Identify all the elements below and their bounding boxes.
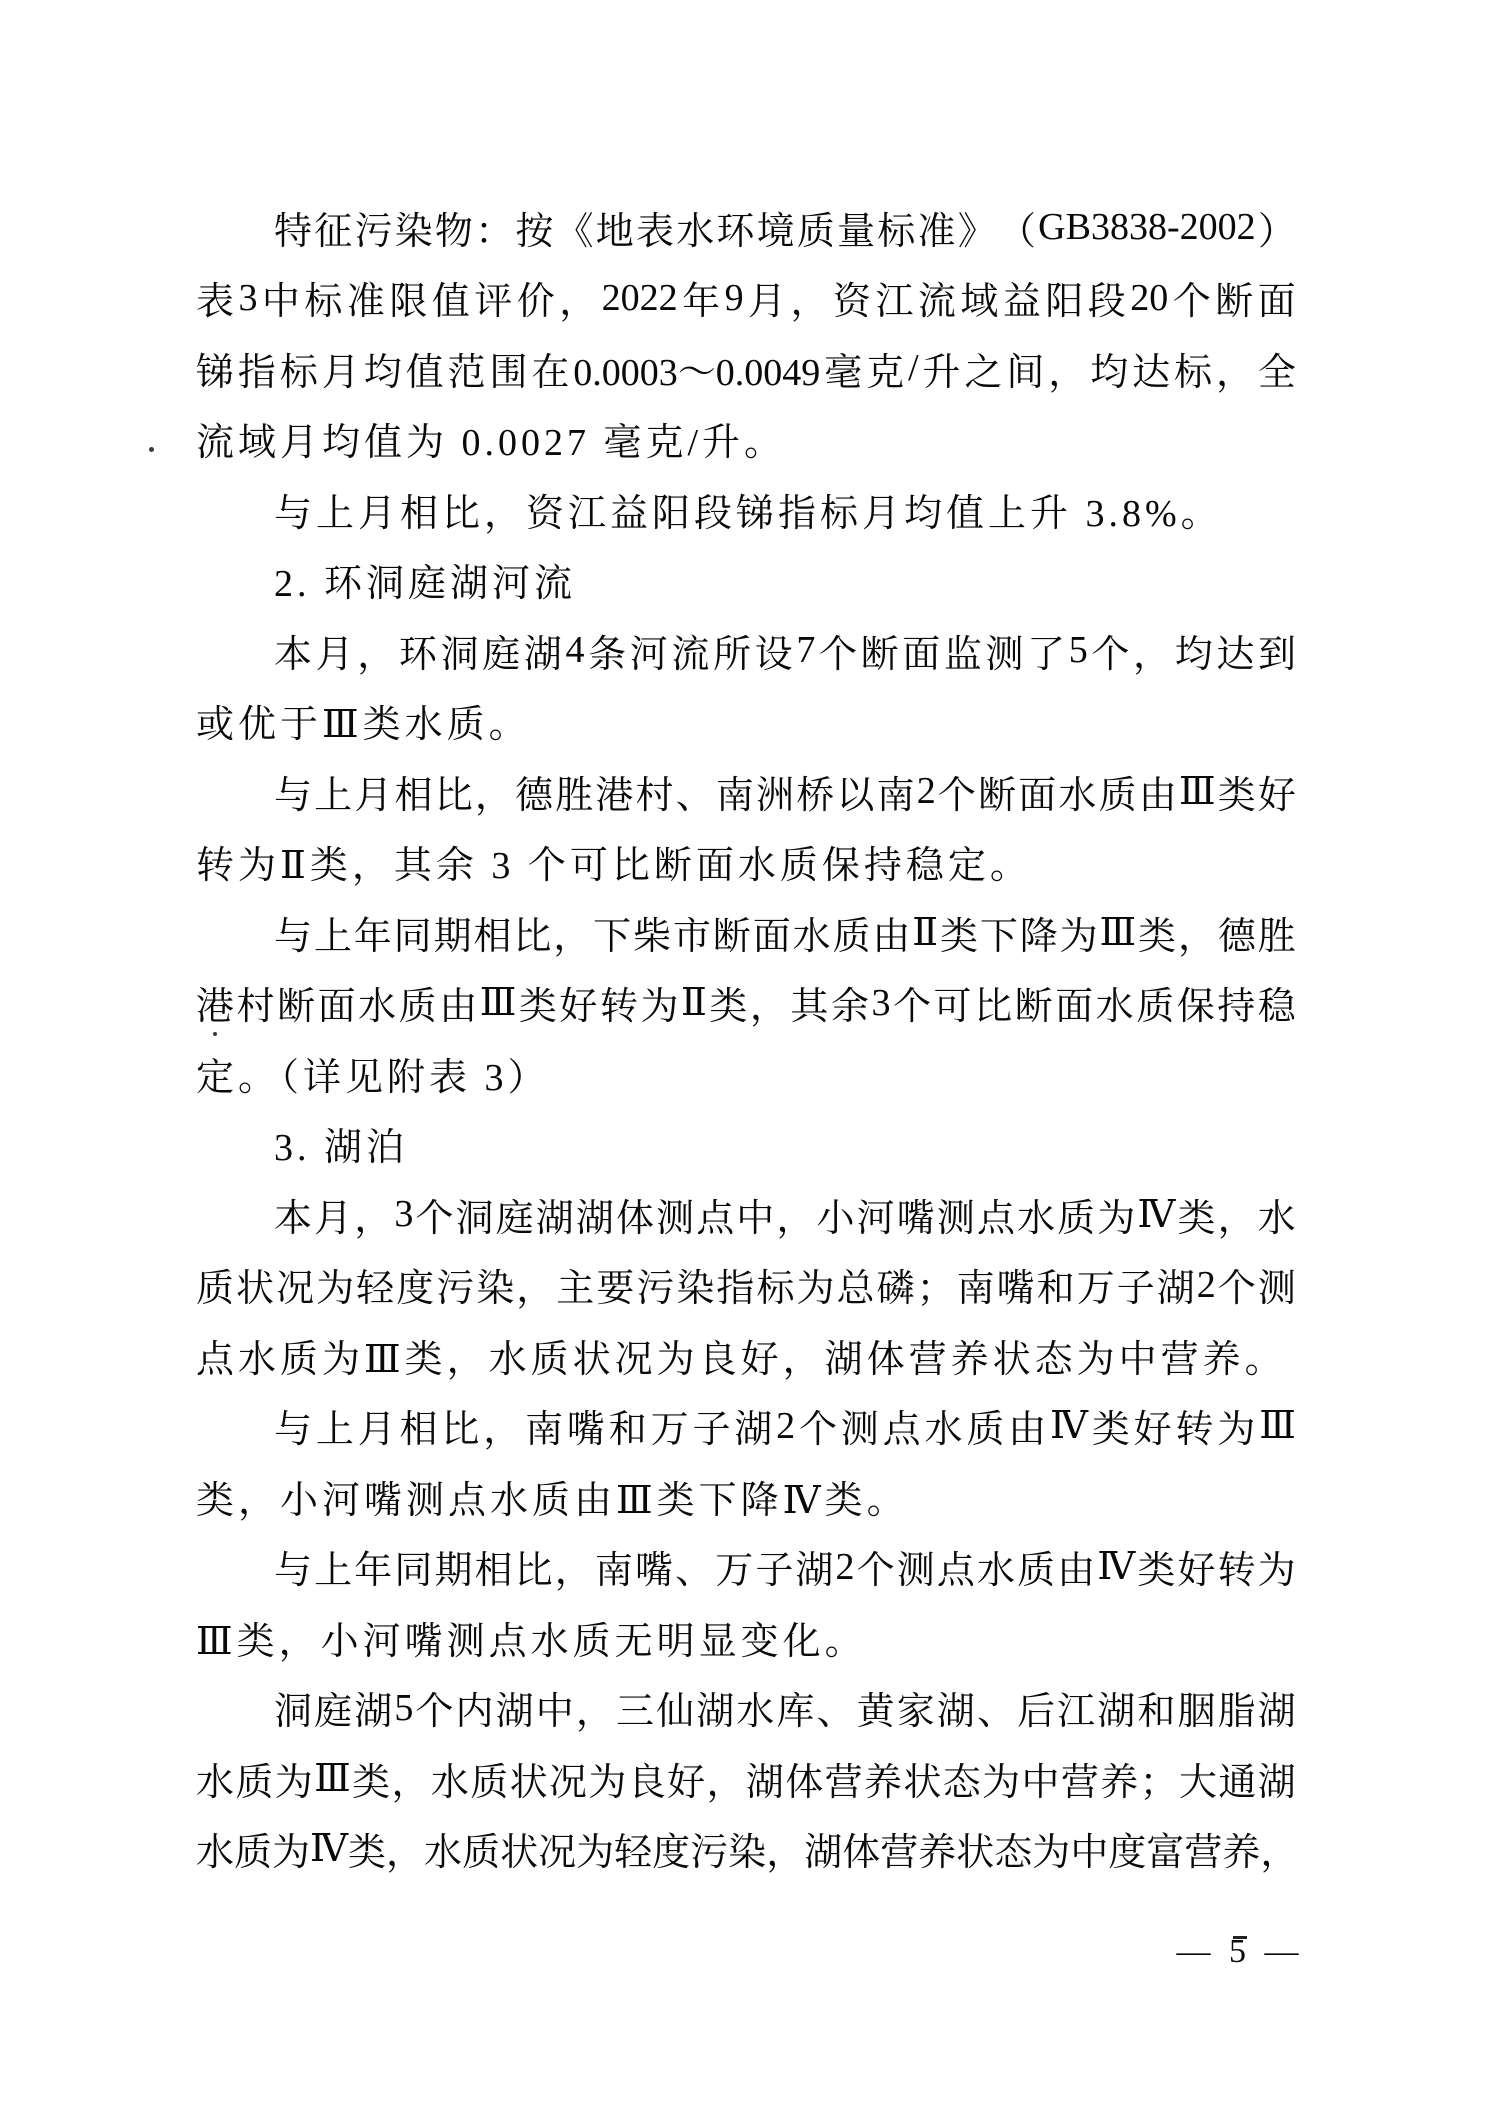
- document-line: 表3中标准限值评价，2022年9月，资江流域益阳段20个断面: [196, 263, 1296, 334]
- document-line: 锑指标月均值范围在0.0003～0.0049毫克/升之间，均达标，全: [196, 333, 1296, 404]
- document-line: 3. 湖泊: [196, 1109, 1296, 1180]
- document-line: Ⅲ类，小河嘴测点水质无明显变化。: [196, 1602, 1296, 1673]
- document-line: 2. 环洞庭湖河流: [196, 545, 1296, 616]
- document-line: 本月，环洞庭湖4条河流所设7个断面监测了5个，均达到: [196, 615, 1296, 686]
- document-line: 或优于Ⅲ类水质。: [196, 686, 1296, 757]
- document-page: 特征污染物：按《地表水环境质量标准》（GB3838-2002）表3中标准限值评价…: [0, 0, 1487, 2105]
- document-line: 水质为Ⅳ类，水质状况为轻度污染，湖体营养状态为中度富营养，: [196, 1814, 1296, 1885]
- document-line: 类，小河嘴测点水质由Ⅲ类下降Ⅳ类。: [196, 1461, 1296, 1532]
- scan-artifact-line: [1233, 1936, 1247, 1939]
- document-line: 港村断面水质由Ⅲ类好转为Ⅱ类，其余3个可比断面水质保持稳: [196, 968, 1296, 1039]
- document-line: 洞庭湖5个内湖中，三仙湖水库、黄家湖、后江湖和胭脂湖: [196, 1673, 1296, 1744]
- document-line: 定。（详见附表 3）: [196, 1038, 1296, 1109]
- document-body: 特征污染物：按《地表水环境质量标准》（GB3838-2002）表3中标准限值评价…: [196, 192, 1296, 1884]
- document-line: 水质为Ⅲ类，水质状况为良好，湖体营养状态为中营养；大通湖: [196, 1743, 1296, 1814]
- document-line: 特征污染物：按《地表水环境质量标准》（GB3838-2002）: [196, 192, 1296, 263]
- document-line: 质状况为轻度污染，主要污染指标为总磷；南嘴和万子湖2个测: [196, 1250, 1296, 1321]
- document-line: 与上月相比，资江益阳段锑指标月均值上升 3.8%。: [196, 474, 1296, 545]
- document-line: 与上年同期相比，南嘴、万子湖2个测点水质由Ⅳ类好转为: [196, 1532, 1296, 1603]
- document-line: 点水质为Ⅲ类，水质状况为良好，湖体营养状态为中营养。: [196, 1320, 1296, 1391]
- document-line: 本月，3个洞庭湖湖体测点中，小河嘴测点水质为Ⅳ类，水: [196, 1179, 1296, 1250]
- document-line: 与上月相比，德胜港村、南洲桥以南2个断面水质由Ⅲ类好: [196, 756, 1296, 827]
- document-line: 与上年同期相比，下柴市断面水质由Ⅱ类下降为Ⅲ类，德胜: [196, 897, 1296, 968]
- page-number: — 5 —: [1160, 1924, 1320, 1979]
- document-line: 流域月均值为 0.0027 毫克/升。: [196, 404, 1296, 475]
- scan-speck: [213, 1032, 217, 1036]
- document-line: 转为Ⅱ类，其余 3 个可比断面水质保持稳定。: [196, 827, 1296, 898]
- scan-speck: [149, 447, 154, 452]
- document-line: 与上月相比，南嘴和万子湖2个测点水质由Ⅳ类好转为Ⅲ: [196, 1391, 1296, 1462]
